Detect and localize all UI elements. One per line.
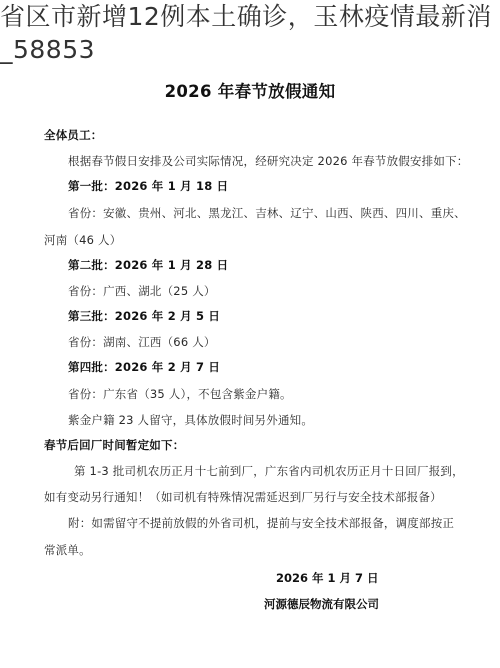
- batch-3-label: 第三批：2026 年 2 月 5 日: [68, 308, 220, 324]
- batch-4-label: 第四批：2026 年 2 月 7 日: [68, 359, 220, 375]
- intro-paragraph: 根据春节假日安排及公司实际情况，经研究决定 2026 年春节放假安排如下：: [68, 153, 468, 169]
- appendix-line2: 常派单。: [44, 542, 91, 558]
- notice-title: 2026 年春节放假通知: [0, 78, 500, 102]
- batch-1-provinces: 省份：安徽、贵州、河北、黑龙江、吉林、辽宁、山西、陕西、四川、重庆、: [68, 205, 466, 221]
- page-header: 省区市新增12例本土确诊，玉林疫情最新消 _58853: [0, 0, 500, 66]
- notice-document: 2026 年春节放假通知 全体员工： 根据春节假日安排及公司实际情况，经研究决定…: [0, 70, 500, 668]
- return-paragraph-line1: 第 1-3 批司机农历正月十七前到厂，广东省内司机农历正月十日回厂报到，: [74, 463, 464, 479]
- batch-1-provinces-cont: 河南（46 人）: [44, 232, 121, 248]
- signature-company: 河源德辰物流有限公司: [264, 596, 379, 612]
- return-heading: 春节后回厂时间暂定如下：: [44, 437, 184, 453]
- batch-2-provinces: 省份：广西、湖北（25 人）: [68, 283, 216, 299]
- salutation: 全体员工：: [44, 127, 103, 143]
- return-paragraph-line2: 如有变动另行通知！（如司机有特殊情况需延迟到厂另行与安全技术部报备）: [44, 489, 442, 505]
- batch-1-label: 第一批：2026 年 1 月 18 日: [68, 178, 228, 194]
- batch-2-label: 第二批：2026 年 1 月 28 日: [68, 257, 228, 273]
- batch-4-provinces: 省份：广东省（35 人），不包含紫金户籍。: [68, 386, 292, 402]
- signature-date: 2026 年 1 月 7 日: [276, 570, 379, 586]
- appendix-line1: 附：如需留守不提前放假的外省司机，提前与安全技术部报备，调度部按正: [68, 515, 454, 531]
- batch-3-provinces: 省份：湖南、江西（66 人）: [68, 334, 216, 350]
- header-title-line1: 省区市新增12例本土确诊，玉林疫情最新消: [0, 0, 500, 33]
- header-title-line2: _58853: [0, 33, 500, 66]
- batch-4-note: 紫金户籍 23 人留守，具体放假时间另外通知。: [68, 412, 313, 428]
